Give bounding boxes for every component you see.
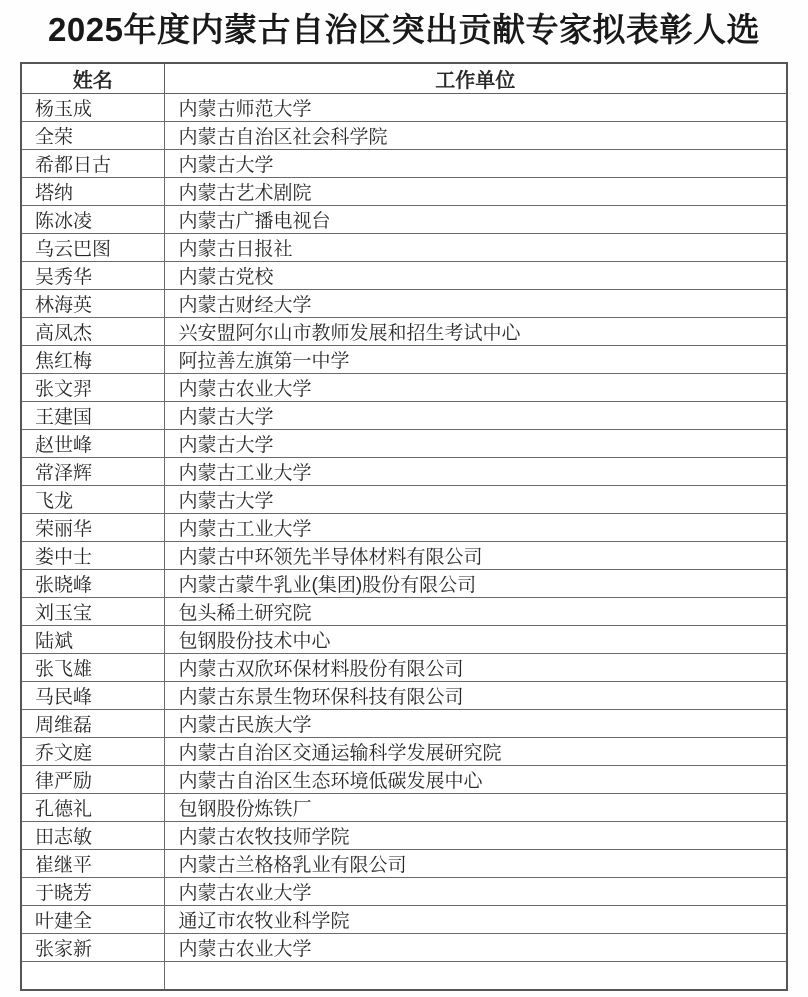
- name-cell: 希都日古: [21, 150, 164, 178]
- header-name: 姓名: [21, 63, 164, 94]
- table-row: 张飞雄内蒙古双欣环保材料股份有限公司: [21, 654, 787, 682]
- table-row: 荣丽华内蒙古工业大学: [21, 514, 787, 542]
- table-row: 飞龙内蒙古大学: [21, 486, 787, 514]
- unit-cell: 内蒙古工业大学: [164, 458, 787, 486]
- name-cell: 全荣: [21, 122, 164, 150]
- table-row: 陈冰凌内蒙古广播电视台: [21, 206, 787, 234]
- name-cell: 叶建全: [21, 906, 164, 934]
- name-cell: 崔继平: [21, 850, 164, 878]
- table-row: 希都日古内蒙古大学: [21, 150, 787, 178]
- unit-cell: 内蒙古师范大学: [164, 94, 787, 122]
- name-cell: 赵世峰: [21, 430, 164, 458]
- table-row: 张文羿内蒙古农业大学: [21, 374, 787, 402]
- table-row: 常泽辉内蒙古工业大学: [21, 458, 787, 486]
- name-cell: 于晓芳: [21, 878, 164, 906]
- header-unit: 工作单位: [164, 63, 787, 94]
- unit-cell: 内蒙古日报社: [164, 234, 787, 262]
- unit-cell: 内蒙古民族大学: [164, 710, 787, 738]
- name-cell: 林海英: [21, 290, 164, 318]
- table-row: 焦红梅阿拉善左旗第一中学: [21, 346, 787, 374]
- experts-table: 姓名 工作单位 杨玉成内蒙古师范大学全荣内蒙古自治区社会科学院希都日古内蒙古大学…: [20, 62, 788, 991]
- unit-cell: 兴安盟阿尔山市教师发展和招生考试中心: [164, 318, 787, 346]
- table-row: 吴秀华内蒙古党校: [21, 262, 787, 290]
- unit-cell: [164, 962, 787, 991]
- table-row: 杨玉成内蒙古师范大学: [21, 94, 787, 122]
- table-body: 杨玉成内蒙古师范大学全荣内蒙古自治区社会科学院希都日古内蒙古大学塔纳内蒙古艺术剧…: [21, 94, 787, 991]
- unit-cell: 内蒙古农业大学: [164, 878, 787, 906]
- unit-cell: 内蒙古艺术剧院: [164, 178, 787, 206]
- table-row: 马民峰内蒙古东景生物环保科技有限公司: [21, 682, 787, 710]
- name-cell: 周维磊: [21, 710, 164, 738]
- table-row: 林海英内蒙古财经大学: [21, 290, 787, 318]
- unit-cell: 内蒙古工业大学: [164, 514, 787, 542]
- name-cell: 荣丽华: [21, 514, 164, 542]
- page-title: 2025年度内蒙古自治区突出贡献专家拟表彰人选: [0, 0, 808, 51]
- table-row: 王建国内蒙古大学: [21, 402, 787, 430]
- name-cell: 田志敏: [21, 822, 164, 850]
- document-page: 2025年度内蒙古自治区突出贡献专家拟表彰人选 姓名 工作单位 杨玉成内蒙古师范…: [0, 0, 808, 51]
- table-row: 陆斌包钢股份技术中心: [21, 626, 787, 654]
- unit-cell: 内蒙古中环领先半导体材料有限公司: [164, 542, 787, 570]
- table-row: 律严励内蒙古自治区生态环境低碳发展中心: [21, 766, 787, 794]
- unit-cell: 内蒙古自治区社会科学院: [164, 122, 787, 150]
- unit-cell: 内蒙古自治区生态环境低碳发展中心: [164, 766, 787, 794]
- name-cell: 律严励: [21, 766, 164, 794]
- unit-cell: 内蒙古蒙牛乳业(集团)股份有限公司: [164, 570, 787, 598]
- table-row-partial: [21, 962, 787, 991]
- table-row: 高凤杰兴安盟阿尔山市教师发展和招生考试中心: [21, 318, 787, 346]
- name-cell: [21, 962, 164, 991]
- unit-cell: 包钢股份炼铁厂: [164, 794, 787, 822]
- table-container: 姓名 工作单位 杨玉成内蒙古师范大学全荣内蒙古自治区社会科学院希都日古内蒙古大学…: [20, 62, 788, 991]
- name-cell: 乌云巴图: [21, 234, 164, 262]
- table-row: 周维磊内蒙古民族大学: [21, 710, 787, 738]
- name-cell: 娄中士: [21, 542, 164, 570]
- name-cell: 吴秀华: [21, 262, 164, 290]
- table-row: 于晓芳内蒙古农业大学: [21, 878, 787, 906]
- table-row: 塔纳内蒙古艺术剧院: [21, 178, 787, 206]
- unit-cell: 阿拉善左旗第一中学: [164, 346, 787, 374]
- name-cell: 张家新: [21, 934, 164, 962]
- table-row: 全荣内蒙古自治区社会科学院: [21, 122, 787, 150]
- unit-cell: 内蒙古广播电视台: [164, 206, 787, 234]
- unit-cell: 内蒙古大学: [164, 486, 787, 514]
- unit-cell: 包头稀土研究院: [164, 598, 787, 626]
- name-cell: 飞龙: [21, 486, 164, 514]
- unit-cell: 内蒙古农牧技师学院: [164, 822, 787, 850]
- name-cell: 马民峰: [21, 682, 164, 710]
- table-row: 崔继平内蒙古兰格格乳业有限公司: [21, 850, 787, 878]
- table-row: 乔文庭内蒙古自治区交通运输科学发展研究院: [21, 738, 787, 766]
- unit-cell: 内蒙古财经大学: [164, 290, 787, 318]
- name-cell: 王建国: [21, 402, 164, 430]
- name-cell: 张飞雄: [21, 654, 164, 682]
- table-row: 田志敏内蒙古农牧技师学院: [21, 822, 787, 850]
- name-cell: 杨玉成: [21, 94, 164, 122]
- name-cell: 塔纳: [21, 178, 164, 206]
- name-cell: 常泽辉: [21, 458, 164, 486]
- name-cell: 焦红梅: [21, 346, 164, 374]
- unit-cell: 内蒙古大学: [164, 430, 787, 458]
- table-row: 张家新内蒙古农业大学: [21, 934, 787, 962]
- table-row: 叶建全通辽市农牧业科学院: [21, 906, 787, 934]
- table-row: 刘玉宝包头稀土研究院: [21, 598, 787, 626]
- unit-cell: 内蒙古双欣环保材料股份有限公司: [164, 654, 787, 682]
- table-row: 娄中士内蒙古中环领先半导体材料有限公司: [21, 542, 787, 570]
- unit-cell: 包钢股份技术中心: [164, 626, 787, 654]
- name-cell: 孔德礼: [21, 794, 164, 822]
- unit-cell: 内蒙古大学: [164, 150, 787, 178]
- unit-cell: 内蒙古党校: [164, 262, 787, 290]
- table-row: 孔德礼包钢股份炼铁厂: [21, 794, 787, 822]
- name-cell: 张文羿: [21, 374, 164, 402]
- name-cell: 张晓峰: [21, 570, 164, 598]
- unit-cell: 内蒙古东景生物环保科技有限公司: [164, 682, 787, 710]
- table-row: 乌云巴图内蒙古日报社: [21, 234, 787, 262]
- name-cell: 陆斌: [21, 626, 164, 654]
- unit-cell: 内蒙古兰格格乳业有限公司: [164, 850, 787, 878]
- table-row: 赵世峰内蒙古大学: [21, 430, 787, 458]
- unit-cell: 内蒙古农业大学: [164, 374, 787, 402]
- unit-cell: 内蒙古自治区交通运输科学发展研究院: [164, 738, 787, 766]
- name-cell: 乔文庭: [21, 738, 164, 766]
- unit-cell: 通辽市农牧业科学院: [164, 906, 787, 934]
- unit-cell: 内蒙古大学: [164, 402, 787, 430]
- table-row: 张晓峰内蒙古蒙牛乳业(集团)股份有限公司: [21, 570, 787, 598]
- header-row: 姓名 工作单位: [21, 63, 787, 94]
- unit-cell: 内蒙古农业大学: [164, 934, 787, 962]
- name-cell: 陈冰凌: [21, 206, 164, 234]
- name-cell: 高凤杰: [21, 318, 164, 346]
- name-cell: 刘玉宝: [21, 598, 164, 626]
